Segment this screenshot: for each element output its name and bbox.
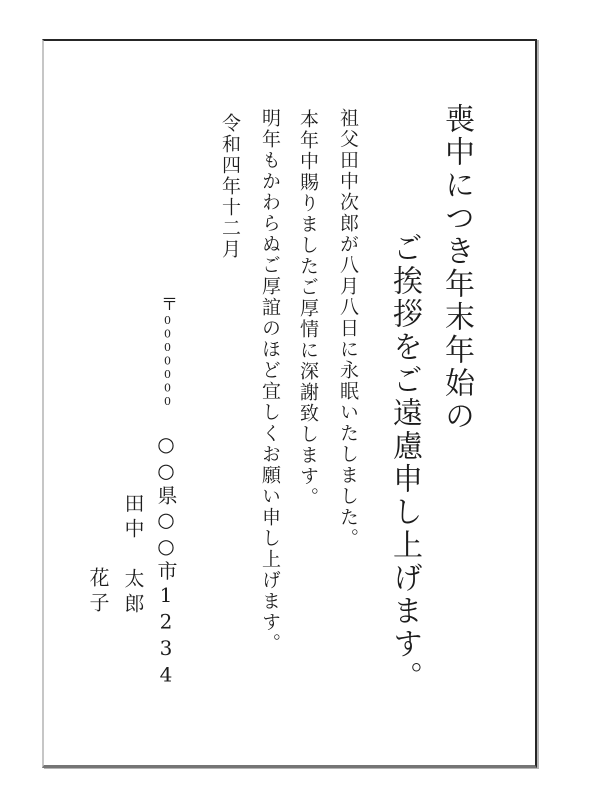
body-line-gratitude: 本年中賜りましたご厚情に深謝致します。 [297, 109, 318, 508]
date-line: 令和四年十二月 [219, 113, 240, 260]
body-line-death-notice: 祖父田中次郎が八月八日に永眠いたしました。 [337, 108, 358, 549]
postal-mark-icon: 〒 [157, 295, 177, 314]
sender-address: ○○県○○市1234 [155, 432, 177, 689]
greeting-title-line-1: 喪中につき年末年始の [440, 103, 473, 433]
sender-postal-code: 〒0000000 [158, 295, 175, 409]
mourning-postcard: 喪中につき年末年始の ご挨拶をご遠慮申し上げます。 祖父田中次郎が八月八日に永眠… [42, 39, 537, 768]
greeting-title-line-2: ご挨拶をご遠慮申し上げます。 [388, 232, 421, 694]
print-preview-page: 喪中につき年末年始の ご挨拶をご遠慮申し上げます。 祖父田中次郎が八月八日に永眠… [0, 0, 593, 800]
postal-code-digits: 0000000 [161, 314, 174, 409]
sender-name-primary: 田中 太郎 [122, 493, 144, 618]
body-line-request: 明年もかわらぬご厚誼のほど宜しくお願い申し上げます。 [259, 108, 280, 654]
sender-name-secondary: 花子 [87, 567, 109, 617]
